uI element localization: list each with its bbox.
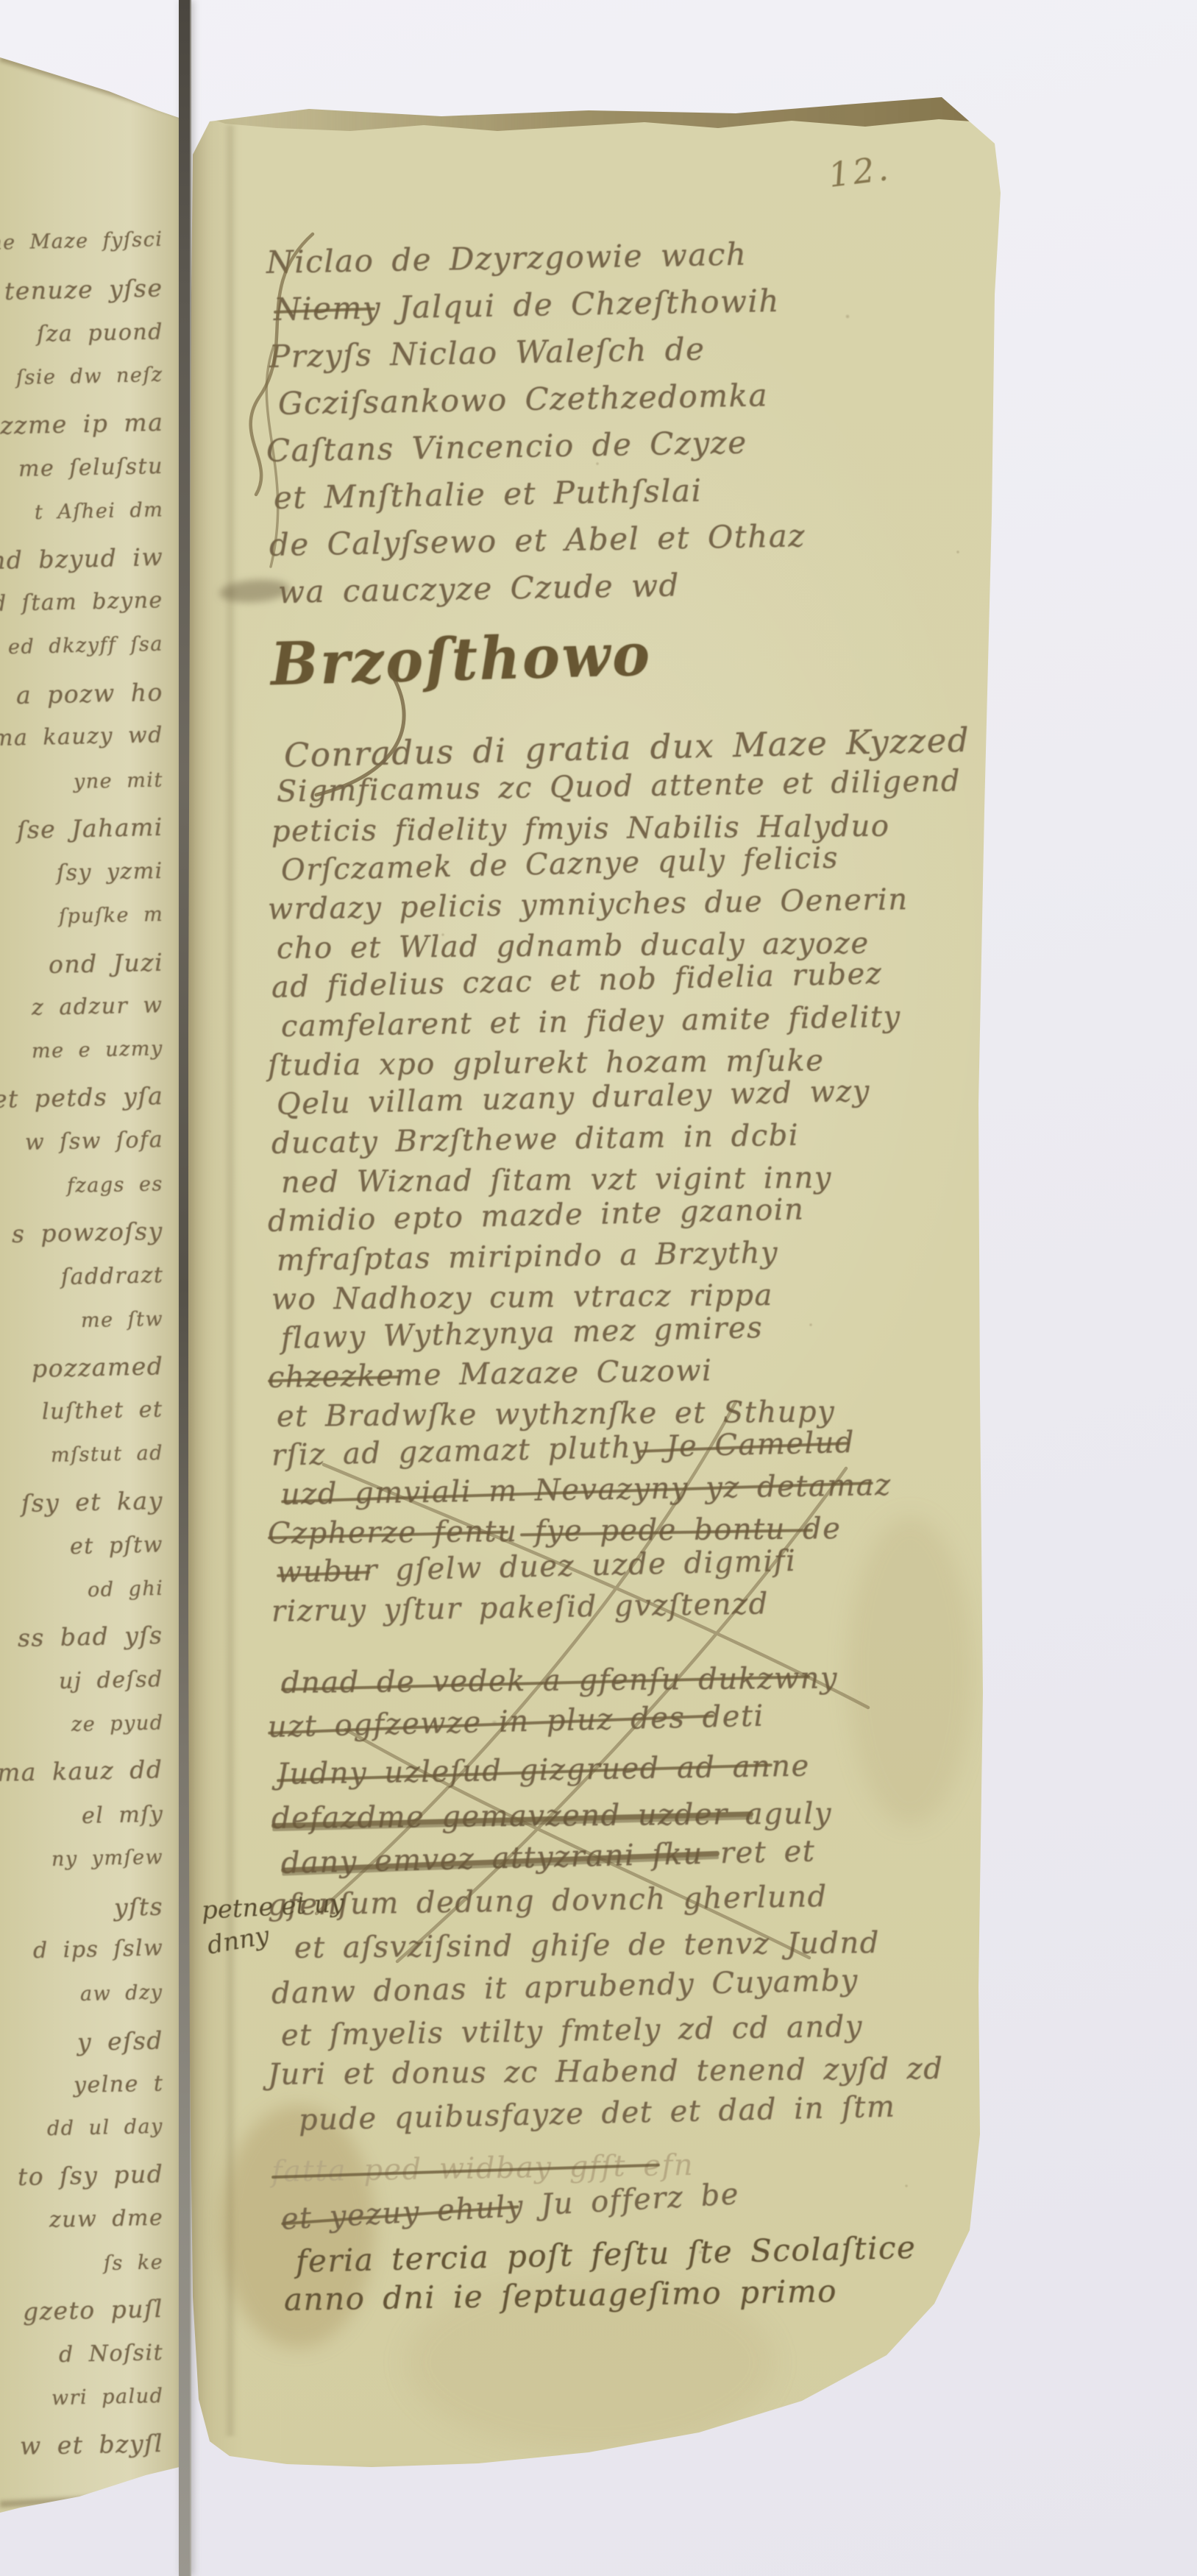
- manuscript-line: Orſczamek de Caznye quly felicis: [280, 841, 839, 888]
- strike-mark: [281, 1675, 810, 1691]
- strike-mark: [520, 1529, 813, 1536]
- strike-mark: [277, 1571, 370, 1577]
- manuscript-line: uzt ogfzewze in pluz des deti: [267, 1699, 764, 1744]
- manuscript-line: flawy Wythzynya mez gmires: [280, 1311, 763, 1356]
- manuscript-line: wubur gſelw duez uzde digmifi: [276, 1544, 796, 1590]
- manuscript-line: dmidio epto mazde inte gzanoin: [267, 1192, 804, 1239]
- manuscript-line: mfraſptas miripindo a Brzythy: [277, 1236, 779, 1278]
- manuscript-line: rizruy yſtur pakeſid gvzſtenzd: [271, 1587, 769, 1629]
- manuscript-line: chzezkeme Mazaze Cuzowi: [268, 1354, 713, 1395]
- manuscript-photo: me Maze fyſscitenuze yſseſza puondſsie d…: [0, 0, 1197, 2576]
- charter-paragraph: Conradus di gratia dux Maze KyzzedSigmfi…: [0, 0, 1197, 2576]
- manuscript-line: defazdme gemavzend uzder aguly: [271, 1797, 832, 1836]
- manuscript-line: et ſmyelis vtilty fmtely zd cd andy: [281, 2010, 864, 2053]
- manuscript-line: uzd gmviali m Nevazyny yz detamaz: [281, 1468, 892, 1512]
- manuscript-line: anno dni ie ſeptuageſimo primo: [284, 2273, 838, 2318]
- strike-mark: [268, 1530, 508, 1539]
- strike-mark: [268, 1714, 714, 1734]
- manuscript-line: Juri et donus zc Habend tenend zyſd zd: [268, 2052, 944, 2092]
- manuscript-line: camfelarent et in fidey amite fidelity: [281, 1000, 901, 1044]
- strike-mark: [281, 1482, 873, 1503]
- manuscript-line: danw donas it aprubendy Cuyamby: [271, 1964, 859, 2011]
- manuscript-line: wrdazy pelicis ymniyches due Oenerin: [268, 882, 909, 927]
- strike-mark: [271, 2163, 660, 2179]
- strike-mark: [639, 1442, 850, 1453]
- strike-mark: [277, 1763, 772, 1782]
- manuscript-line: et aſsvziſsind ghiſe de tenvz Judnd: [294, 1926, 880, 1965]
- manuscript-line: dany emvez attyzrani ſku ret et: [280, 1835, 815, 1880]
- manuscript-line: ducaty Brzſthewe ditam in dcbi: [271, 1119, 800, 1161]
- manuscript-line: dnad de vedek a gfenſu dukzwny: [281, 1661, 838, 1700]
- manuscript-line: gfenſum dedung dovnch gherlund: [268, 1880, 828, 1922]
- strike-mark: [281, 1851, 720, 1873]
- manuscript-line: wo Nadhozy cum vtracz rippa: [271, 1278, 773, 1317]
- strike-mark: [271, 1811, 753, 1828]
- strike-mark: [268, 1376, 401, 1383]
- manuscript-line: Judny uzleſud gizgrued ad anne: [277, 1749, 810, 1791]
- strike-mark: [281, 2205, 519, 2225]
- manuscript-line: pude quibusfayze det et dad in ſtm: [298, 2090, 895, 2137]
- manuscript-line: feria tercia poſt feſtu ſte Scolaſtice: [295, 2229, 916, 2279]
